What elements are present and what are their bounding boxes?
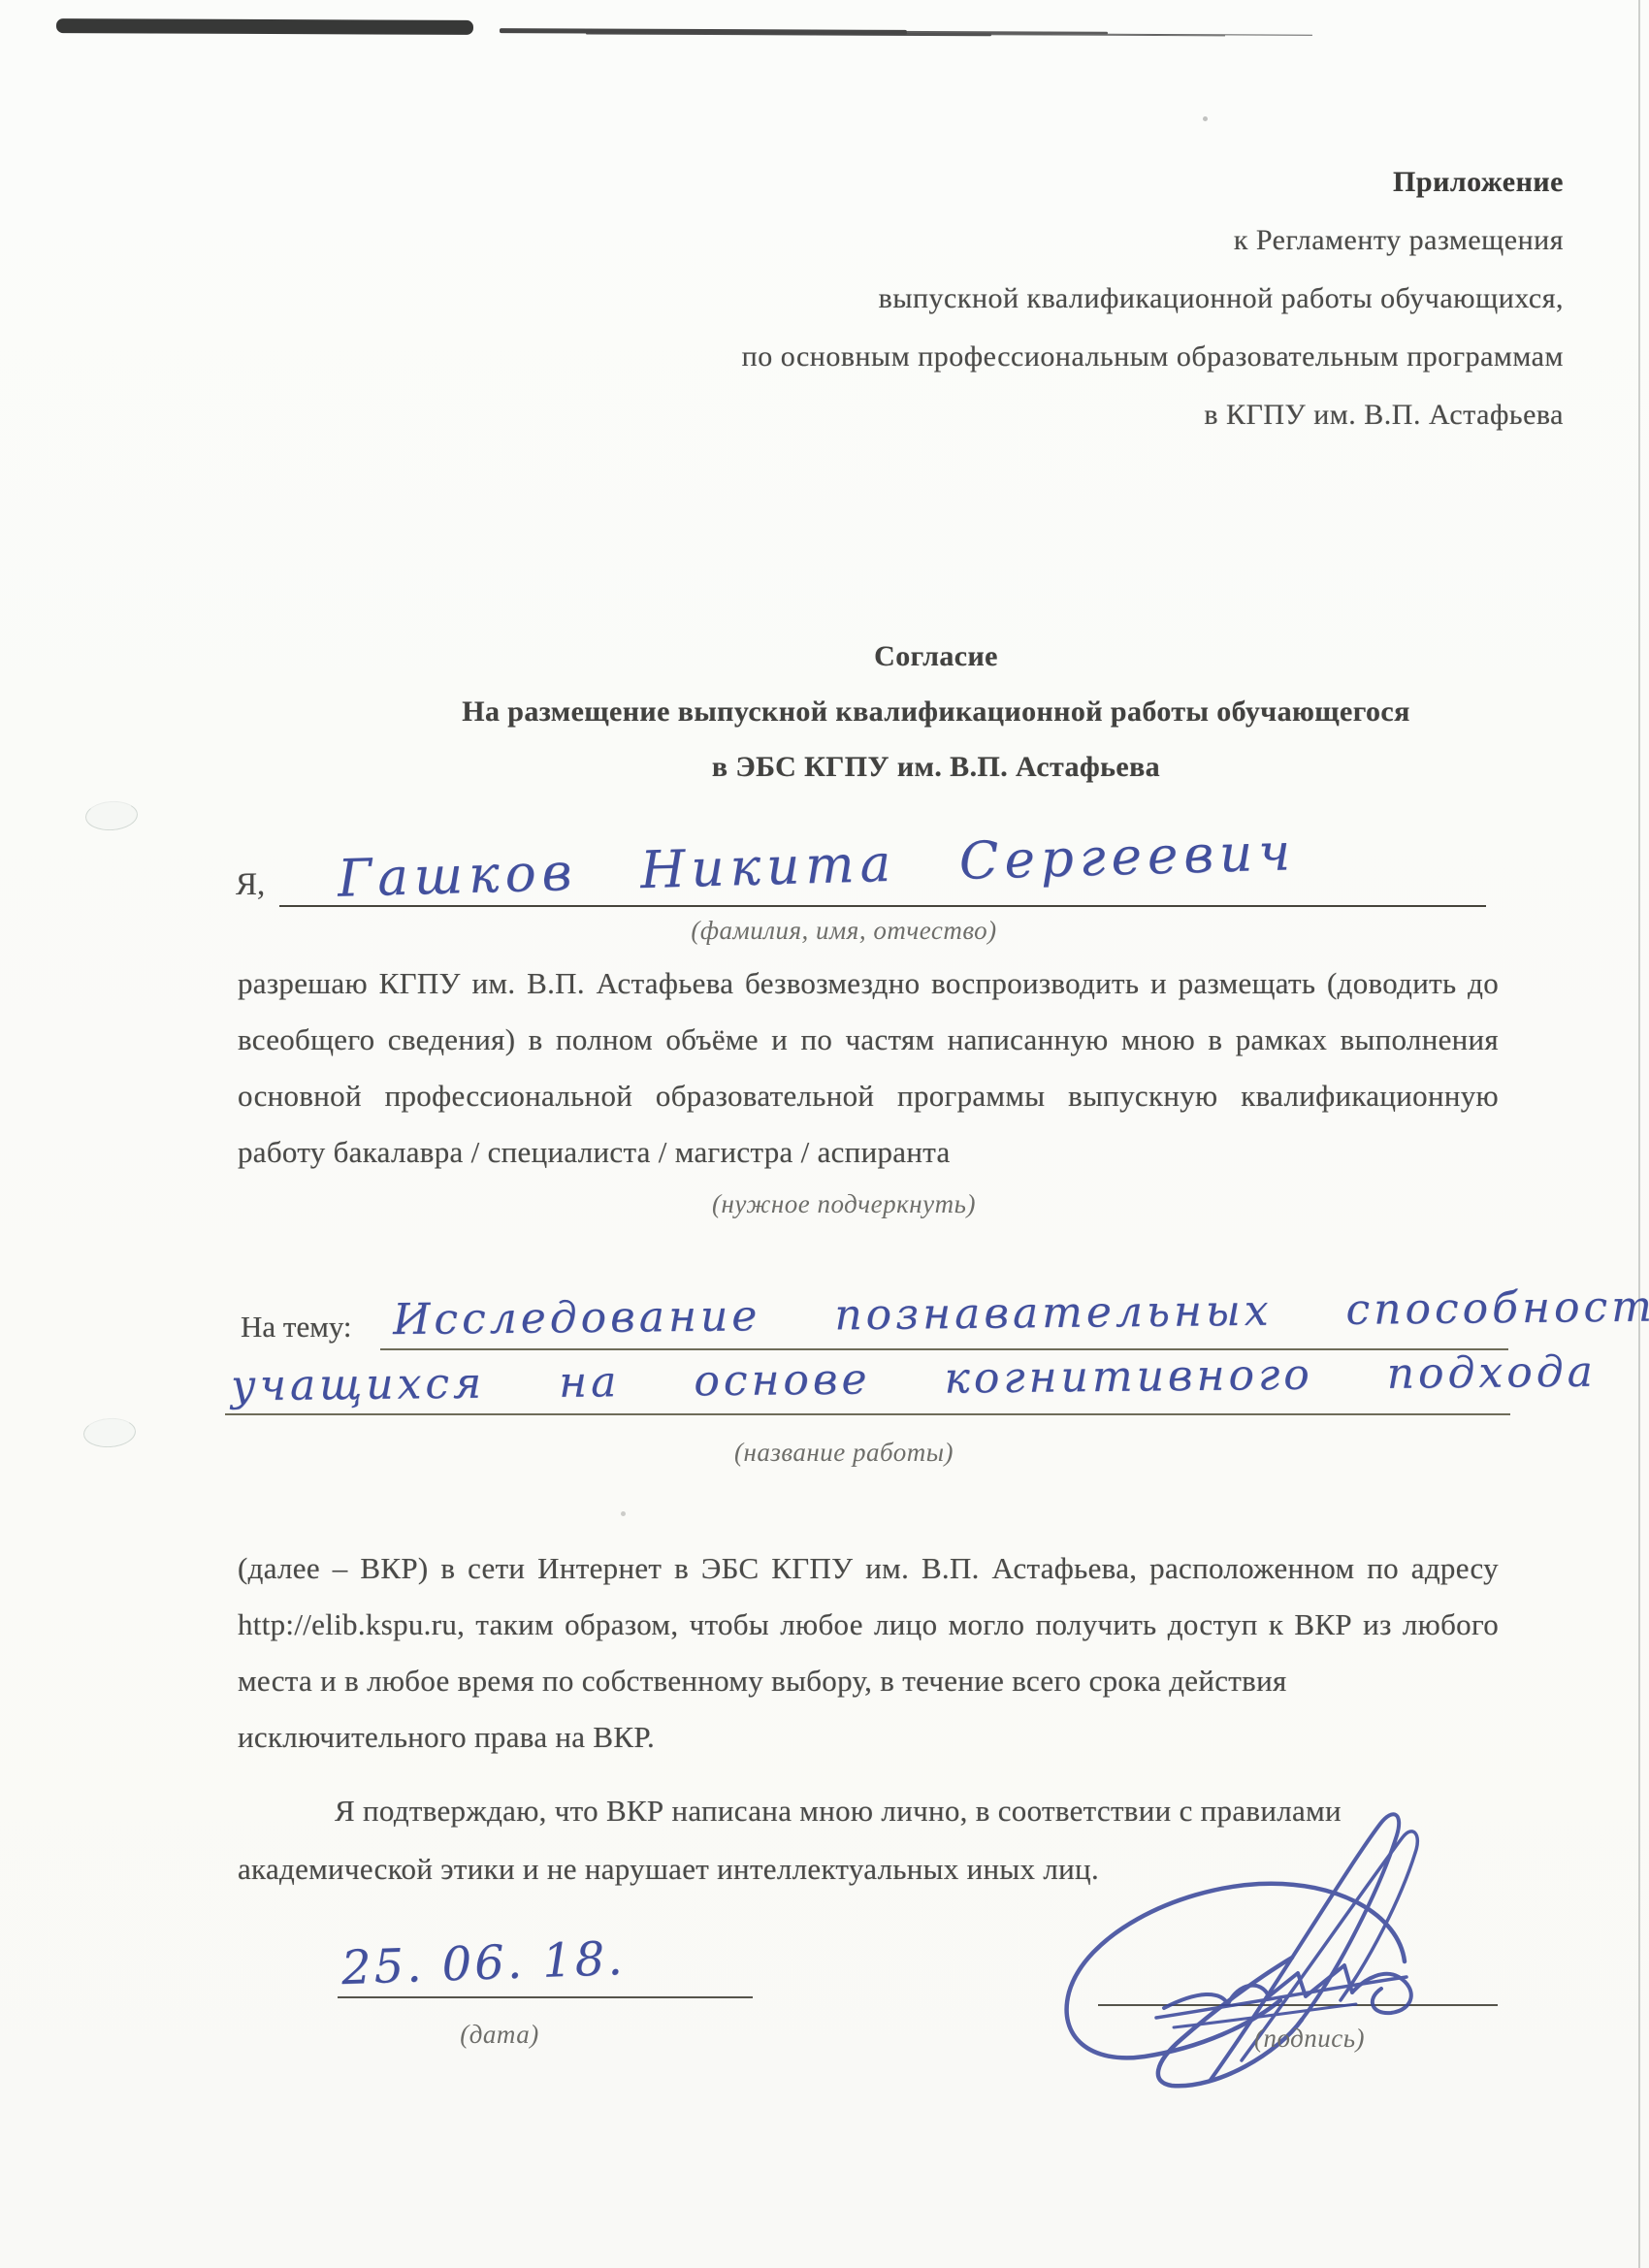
- header-line: в КГПУ им. В.П. Астафьева: [582, 386, 1564, 444]
- name-handwritten-value: Гашков Никита Сергеевич: [337, 823, 1297, 909]
- hole-punch-bottom: [82, 1416, 137, 1449]
- scanner-streak-artifact: [56, 18, 473, 35]
- title-line: На размещение выпускной квалификационной…: [339, 684, 1533, 739]
- name-prefix: Я,: [236, 867, 265, 903]
- signature-caption: (подпись): [1115, 2024, 1503, 2054]
- paragraph-line: разрешаю КГПУ им. В.П. Астафьева безвозм…: [238, 956, 1499, 1012]
- paragraph-line: места и в любое время по собственному вы…: [238, 1653, 1499, 1709]
- dust-speck: [621, 1511, 626, 1516]
- date-underline: [338, 1996, 753, 1998]
- name-underline: [279, 905, 1486, 907]
- topic-handwritten-line-2: учащихся на основе когнитивного подхода: [231, 1347, 1597, 1411]
- topic-handwritten-line-1: Исследование познавательных способностей: [393, 1281, 1649, 1345]
- page-edge-line: [1638, 0, 1640, 2268]
- paragraph-line: всеобщего сведения) в полном объёме и по…: [238, 1012, 1499, 1068]
- scanned-consent-document: Приложение к Регламенту размещения выпус…: [0, 0, 1649, 2268]
- vkr-paragraph: (далее – ВКР) в сети Интернет в ЭБС КГПУ…: [238, 1540, 1499, 1766]
- topic-caption: (название работы): [262, 1438, 1426, 1468]
- title-line: в ЭБС КГПУ им. В.П. Астафьева: [339, 739, 1533, 794]
- signature-stroke: [1164, 1965, 1411, 2013]
- paragraph-line: http://elib.kspu.ru, таким образом, чтоб…: [238, 1597, 1499, 1653]
- header-line: к Регламенту размещения: [582, 211, 1564, 270]
- paragraph-line: основной профессиональной образовательно…: [238, 1068, 1499, 1124]
- date-handwritten-value: 25. 06. 18.: [340, 1931, 626, 1995]
- topic-underline-2: [225, 1413, 1510, 1415]
- hole-punch-top: [84, 799, 139, 832]
- paragraph-line: (далее – ВКР) в сети Интернет в ЭБС КГПУ…: [238, 1540, 1499, 1597]
- dust-speck: [1203, 116, 1208, 121]
- header-line: по основным профессиональным образовател…: [582, 328, 1564, 386]
- date-caption: (дата): [306, 2020, 694, 2050]
- paragraph-line: работу бакалавра / специалиста / магистр…: [238, 1124, 1499, 1181]
- title-line: Согласие: [339, 629, 1533, 684]
- header-line: Приложение: [582, 153, 1564, 211]
- paragraph-line: исключительного права на ВКР.: [238, 1709, 1499, 1766]
- document-title: Согласие На размещение выпускной квалифи…: [339, 629, 1533, 794]
- name-caption: (фамилия, имя, отчество): [262, 916, 1426, 946]
- header-block: Приложение к Регламенту размещения выпус…: [582, 153, 1564, 444]
- underline-applicable-note: (нужное подчеркнуть): [262, 1189, 1426, 1219]
- header-line: выпускной квалификационной работы обучаю…: [582, 270, 1564, 328]
- signature-handwriting: [1048, 1806, 1503, 2097]
- topic-label: На тему:: [241, 1310, 352, 1345]
- consent-paragraph: разрешаю КГПУ им. В.П. Астафьева безвозм…: [238, 956, 1499, 1181]
